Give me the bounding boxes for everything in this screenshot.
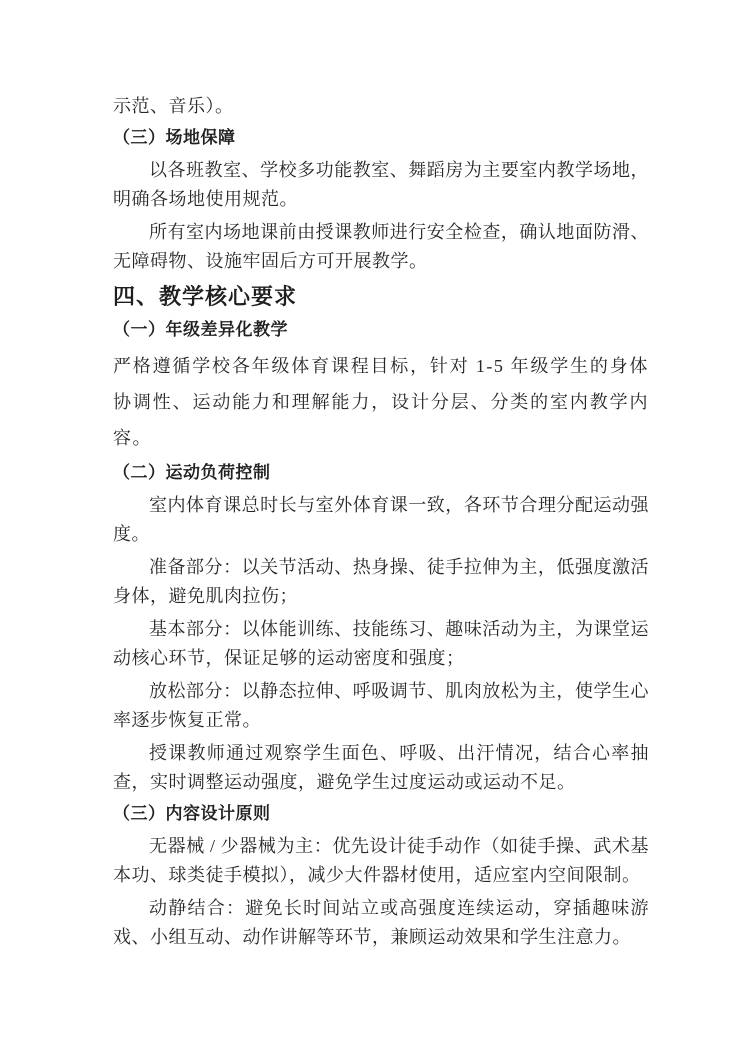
body-paragraph: 授课教师通过观察学生面色、呼吸、出汗情况，结合心率抽查，实时调整运动强度，避免学… <box>113 739 649 797</box>
body-paragraph: 动静结合：避免长时间站立或高强度连续运动，穿插趣味游戏、小组互动、动作讲解等环节… <box>113 894 649 952</box>
body-paragraph: 室内体育课总时长与室外体育课一致，各环节合理分配运动强度。 <box>113 491 649 549</box>
body-paragraph: 准备部分：以关节活动、热身操、徒手拉伸为主，低强度激活身体，避免肌肉拉伤； <box>113 553 649 611</box>
body-paragraph: 基本部分：以体能训练、技能练习、趣味活动为主，为课堂运动核心环节，保证足够的运动… <box>113 615 649 673</box>
paragraph-continuation: 示范、音乐）。 <box>113 92 649 121</box>
document-page: 示范、音乐）。 （三）场地保障 以各班教室、学校多功能教室、舞蹈房为主要室内教学… <box>0 0 750 1061</box>
body-paragraph: 无器械 / 少器械为主：优先设计徒手动作（如徒手操、武术基本功、球类徒手模拟），… <box>113 832 649 890</box>
document-content: 示范、音乐）。 （三）场地保障 以各班教室、学校多功能教室、舞蹈房为主要室内教学… <box>113 92 649 956</box>
section-subheading-venue-support: （三）场地保障 <box>113 126 649 150</box>
section-subheading-exercise-load-control: （二）运动负荷控制 <box>113 461 649 485</box>
section-subheading-content-design-principles: （三）内容设计原则 <box>113 802 649 826</box>
chapter-heading-teaching-core-requirements: 四、教学核心要求 <box>113 282 649 312</box>
body-paragraph: 严格遵循学校各年级体育课程目标，针对 1-5 年级学生的身体协调性、运动能力和理… <box>113 348 649 456</box>
section-subheading-grade-differentiated-teaching: （一）年级差异化教学 <box>113 318 649 342</box>
body-paragraph: 所有室内场地课前由授课教师进行安全检查，确认地面防滑、无障碍物、设施牢固后方可开… <box>113 218 649 276</box>
body-paragraph: 以各班教室、学校多功能教室、舞蹈房为主要室内教学场地，明确各场地使用规范。 <box>113 156 649 214</box>
body-paragraph: 放松部分：以静态拉伸、呼吸调节、肌肉放松为主，使学生心率逐步恢复正常。 <box>113 677 649 735</box>
